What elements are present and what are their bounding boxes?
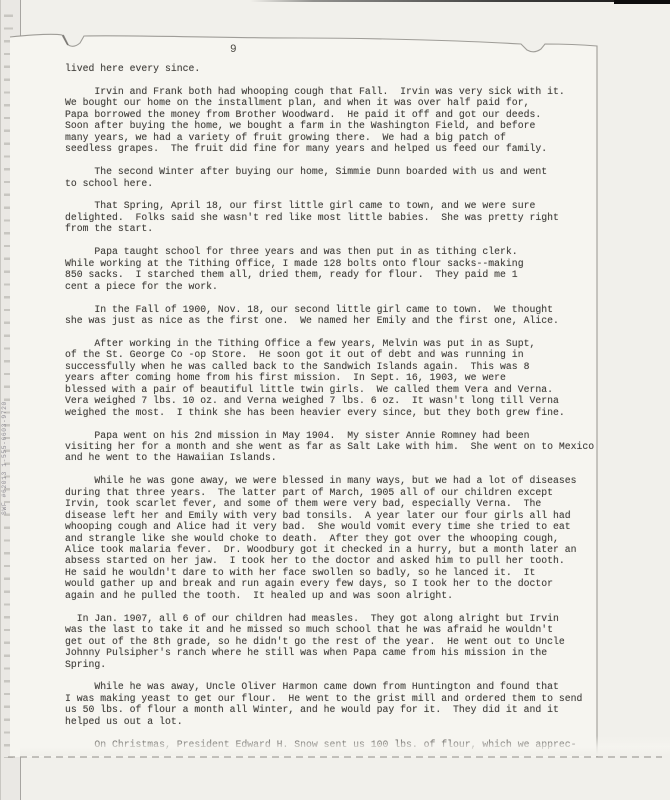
scan-dark-corner xyxy=(614,0,670,4)
scan-dark-edge xyxy=(250,0,670,2)
typewritten-text: lived here every since. Irvin and Frank … xyxy=(65,63,601,750)
archival-stamp-text: SWF #62013 1-555-6603-9720 xyxy=(1,394,13,522)
page-number: 9 xyxy=(230,44,237,56)
sheet-bottom-dashed-edge xyxy=(8,755,662,759)
scanned-document-page: SWF #62013 1-555-6603-9720 9 lived here … xyxy=(0,0,670,800)
page-cutoff-fade xyxy=(20,736,670,756)
